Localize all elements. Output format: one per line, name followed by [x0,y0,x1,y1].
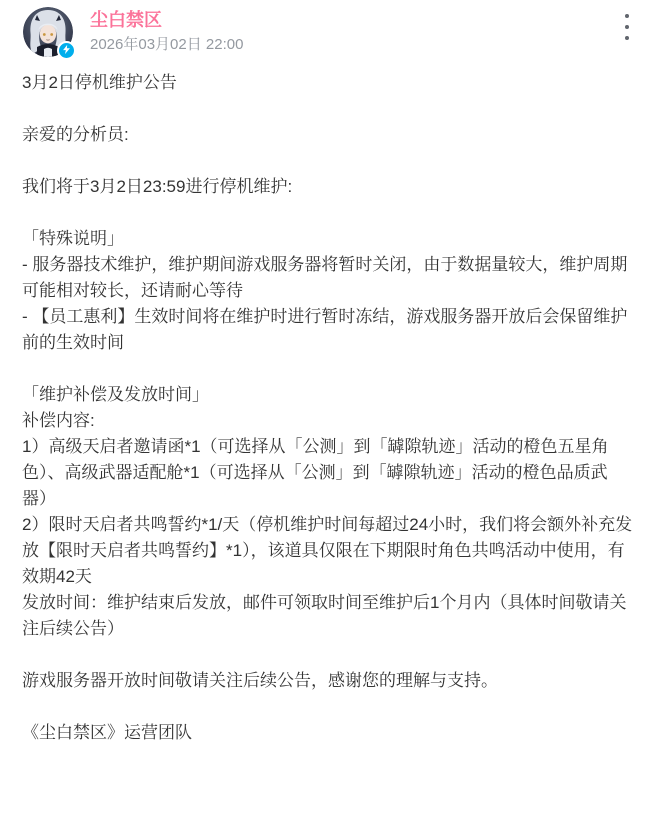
post-card: 尘白禁区 2026年03月02日 22:00 3月2日停机维护公告 亲爱的分析员… [0,0,655,830]
post-paragraph-greeting: 亲爱的分析员: [22,122,633,148]
post-title: 3月2日停机维护公告 [22,70,633,96]
kebab-menu-icon [625,14,629,18]
post-signature: 《尘白禁区》运营团队 [22,720,633,746]
kebab-menu-icon [625,25,629,29]
post-paragraph-closing: 游戏服务器开放时间敬请关注后续公告，感谢您的理解与支持。 [22,668,633,694]
post-paragraph-compensation: 「维护补偿及发放时间」 补偿内容: 1）高级天启者邀请函*1（可选择从「公测」到… [22,382,633,642]
post-header: 尘白禁区 2026年03月02日 22:00 [0,0,655,60]
user-avatar[interactable] [23,7,73,57]
username[interactable]: 尘白禁区 [90,9,243,31]
post-date: 2026年03月02日 22:00 [90,36,243,54]
user-info: 尘白禁区 2026年03月02日 22:00 [90,7,243,54]
lightning-bolt-icon [61,42,72,60]
kebab-menu-icon [625,36,629,40]
post-paragraph-special-notes: 「特殊说明」 - 服务器技术维护，维护期间游戏服务器将暂时关闭，由于数据量较大，… [22,226,633,356]
verified-badge [57,41,76,60]
post-paragraph-maintenance-time: 我们将于3月2日23:59进行停机维护: [22,174,633,200]
post-content: 3月2日停机维护公告 亲爱的分析员: 我们将于3月2日23:59进行停机维护: … [0,60,655,746]
more-options-button[interactable] [623,12,631,42]
